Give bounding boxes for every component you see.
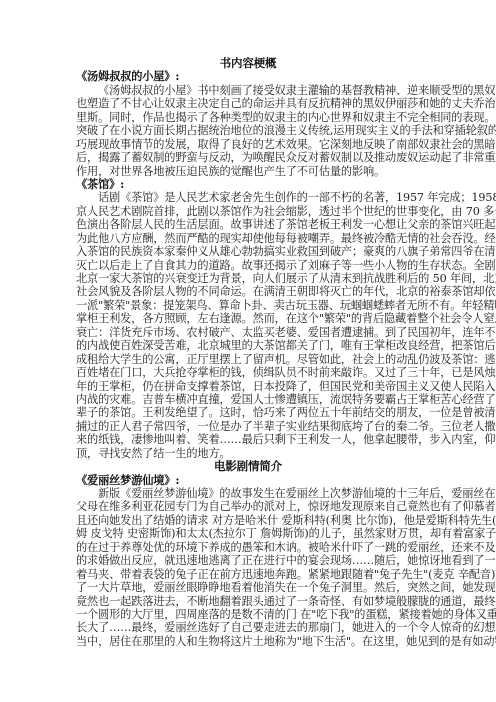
paragraph-line: 着马夹、带着表袋的兔子正在前方迅速地奔跑。紧紧地跟随着"兔子先生"(麦克 辛配音… bbox=[76, 568, 420, 581]
paragraph-line: 辈子的茶馆。王利发绝望了。这时，恰巧来了两位五十年前结交的朋友，一位是曾被清廷逮 bbox=[76, 406, 420, 419]
paragraph-teahouse: 话剧《茶馆》是人民艺术家老舍先生创作的一部不朽的名著，1957 年完成；1958… bbox=[76, 191, 420, 460]
paragraph-line: 姆 皮戈特 史密斯饰)和太太(杰拉尔丁 詹姆斯饰)的儿子，虽然家财万贯，却有着富… bbox=[76, 527, 420, 540]
paragraph-line: 捕过的正人君子常四爷，一位是办了半辈子实业结果彻底垮了台的秦二爷。三位老人撒着捡 bbox=[76, 420, 420, 433]
paragraph-line: 色演出各阶层人民的生活层面。故事讲述了茶馆老板王利发一心想让父亲的茶馆兴旺起来， bbox=[76, 218, 420, 231]
paragraph-line: 为此他八方应酬，然而严酷的现实却使他每每被嘲弄。最终被冷酷无情的社会吞没。经常出 bbox=[76, 232, 420, 245]
paragraph-line: 新版《爱丽丝梦游仙境》的故事发生在爱丽丝上次梦游仙境的十三年后，爱丽丝在参加 bbox=[76, 487, 420, 500]
section-title: 电影剧情简介 bbox=[76, 460, 420, 473]
paragraph-line: 衰亡：洋货充斥市场、农村破产、太监买老婆、爱国者遭逮捕。到了民国初年，连年不断 bbox=[76, 326, 420, 339]
section-title: 书内容梗概 bbox=[76, 57, 420, 70]
paragraph-line: 来的纸钱，凄惨地叫着、笑着……最后只剩下王利发一人，他拿起腰带，步入内室，仰望屋 bbox=[76, 433, 420, 446]
paragraph-line: 后，揭露了蓄奴制的野蛮与反动，为唤醒民众反对蓄奴制以及推动废奴运动起了非常重要的 bbox=[76, 151, 420, 164]
paragraph-line: 长大了……最终，爱丽丝选好了自己要走进去的那扇门，她进入的一个令人惊奇的幻想世界 bbox=[76, 621, 420, 634]
paragraph-line: 且还向她发出了结婚的请求 对方是哈米什 爱斯科特(利奥 比尔饰)，他是爱斯科特先… bbox=[76, 514, 420, 527]
paragraph-line: 北京一家大茶馆的兴衰变迁为背景，向人们展示了从清末到抗战胜利后的 50 年间，北… bbox=[76, 272, 420, 285]
paragraph-line: 京人民艺术剧院首排，此剧以茶馆作为社会缩影，透过半个世纪的世事变化，由 70 多… bbox=[76, 205, 420, 218]
entry-heading-alice: 《爱丽丝梦游仙境》: bbox=[76, 474, 420, 487]
paragraph-line: 父母在维多利亚花园专门为自己举办的派对上，惊讶地发现原来自己竟然也有了仰慕者，而 bbox=[76, 500, 420, 513]
paragraph-line: 巧展现故事情节的发展，取得了良好的艺术效果。它深刻地反映了南部奴隶社会的黑暗与落 bbox=[76, 138, 420, 151]
paragraph-line: 了一大片草地，爱丽丝眼睁睁地看着他消失在一个兔子洞里。然后，突然之间，她发现自己 bbox=[76, 581, 420, 594]
paragraph-line: 掌柜王利发，各方照顾，左右逢源。然而，在这个"繁荣"的背后隐藏着整个社会令人窒息… bbox=[76, 312, 420, 325]
paragraph-line: 百姓堵在门口，大兵抢夺掌柜的钱，侦缉队员不时前来敲诈。又过了三十年，已是风烛残 bbox=[76, 366, 420, 379]
paragraph-line: 入茶馆的民族资本家秦仲义从雄心勃勃搞实业救国到破产；豪爽的八旗子弟常四爷在清朝 bbox=[76, 245, 420, 258]
paragraph-uncle-toms-cabin: 《汤姆叔叔的小屋》书中刻画了接受奴隶主灌输的基督教精神、逆来顺受型的黑奴汤姆, … bbox=[76, 84, 420, 178]
entry-heading-uncle-toms-cabin: 《汤姆叔叔的小屋》: bbox=[76, 70, 420, 83]
paragraph-line: 突破了在小说方面长期占据统治地位的浪漫主义传统,运用现实主义的手法和穿插轮叙的技 bbox=[76, 124, 420, 137]
paragraph-line: 成租给大学生的公寓，正厅里摆上了留声机。尽管如此，社会上的动乱仍波及茶馆：逃难的 bbox=[76, 353, 420, 366]
document-page: 书内容梗概 《汤姆叔叔的小屋》: 《汤姆叔叔的小屋》书中刻画了接受奴隶主灌输的基… bbox=[76, 57, 420, 648]
paragraph-line: 的求婚做出反应，就迅速地逃离了正在进行中的宴会现场……随后，她惊讶地看到了一只穿 bbox=[76, 554, 420, 567]
paragraph-line: 的在过于养尊处优的环境下养成的愚笨和木讷。被哈米什吓了一跳的爱丽丝，还来不及对他 bbox=[76, 541, 420, 554]
paragraph-line: 竟然也一起跌落进去，不断地翻着跟头通过了一条奇怪、有如梦境般朦胧的通道，最终抵达 bbox=[76, 595, 420, 608]
paragraph-line: 当中，居住在那里的人和生物将这片土地称为"地下生活"。在这里，她见到的是有如动物… bbox=[76, 635, 420, 648]
paragraph-line: 话剧《茶馆》是人民艺术家老舍先生创作的一部不朽的名著，1957 年完成；1958… bbox=[76, 191, 420, 204]
paragraph-line: 灭亡以后走上了自食其力的道路。故事还揭示了刘麻子等一些小人物的生存状态。全剧以老 bbox=[76, 259, 420, 272]
paragraph-line: 也塑造了不甘心让奴隶主决定自己的命运并具有反抗精神的黑奴伊丽莎和她的丈夫乔治 哈 bbox=[76, 97, 420, 110]
paragraph-line: 《汤姆叔叔的小屋》书中刻画了接受奴隶主灌输的基督教精神、逆来顺受型的黑奴汤姆, bbox=[76, 84, 420, 97]
paragraph-line: 的内战使百姓深受苦难，北京城里的大茶馆都关了门，唯有王掌柜改良经营，把茶馆后院辟 bbox=[76, 339, 420, 352]
paragraph-line: 内战的灾难。吉普车横冲直撞，爱国人士惨遭镇压，流氓特务要霸占王掌柜苦心经营了一 bbox=[76, 393, 420, 406]
paragraph-line: 社会风貌及各阶层人物的不同命运。在满清王朝即将灭亡的年代，北京的裕泰茶馆却依 然 bbox=[76, 285, 420, 298]
paragraph-alice: 新版《爱丽丝梦游仙境》的故事发生在爱丽丝上次梦游仙境的十三年后，爱丽丝在参加 父… bbox=[76, 487, 420, 648]
paragraph-line: 作用，对世界各地被压迫民族的觉醒也产生了不可估量的影响。 bbox=[76, 165, 420, 178]
paragraph-line: 一个圆形的大厅里，四周座落的是数不清的门 在"吃下我"的蛋糕，紧接着她的身体又重… bbox=[76, 608, 420, 621]
paragraph-line: 年的王掌柜，仍在拼命支撑着茶馆，日本投降了，但国民党和美帝国主义又使人民陷入了 bbox=[76, 380, 420, 393]
paragraph-line: 顶，寻找安然了结一生的地方。 bbox=[76, 447, 420, 460]
paragraph-line: 里斯。同时，作品也揭示了各种类型的奴隶主的内心世界和奴隶主不完全相同的表现。作品 bbox=[76, 111, 420, 124]
paragraph-line: 一派"繁荣"景象：提笼架鸟、算命卜卦、卖古玩玉器、玩蝈蝈蟋蟀者无所不有。年轻精明… bbox=[76, 299, 420, 312]
entry-heading-teahouse: 《茶馆》: bbox=[76, 178, 420, 191]
